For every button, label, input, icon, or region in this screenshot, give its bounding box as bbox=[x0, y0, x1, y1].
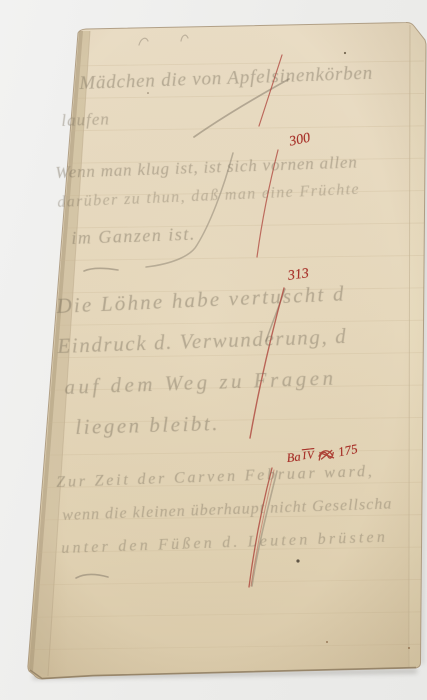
scanned-photo-background: Ba IV 175 Mädchen die von Apfelsinenkörb… bbox=[0, 0, 427, 700]
handwritten-line: Die Löhne habe vertuscht d bbox=[56, 281, 346, 319]
red-page-number: 300 bbox=[288, 131, 312, 151]
handwritten-line: auf dem Weg zu Fragen bbox=[64, 366, 337, 400]
ref-roman-numeral: IV bbox=[302, 449, 316, 462]
handwritten-line: laufen bbox=[61, 109, 110, 131]
handwritten-line: wenn die kleinen überhaupt nicht Gesells… bbox=[62, 495, 393, 525]
handwritten-line: Mädchen die von Apfelsinenkörben bbox=[79, 63, 373, 95]
red-page-number: 313 bbox=[287, 266, 310, 285]
red-scribble-mark bbox=[316, 447, 337, 464]
handwritten-line: im Ganzen ist. bbox=[71, 224, 196, 249]
handwritten-line: Wenn man klug ist, ist sich vornen allen bbox=[55, 152, 358, 183]
handwritten-line: unter den Füßen d. Leuten brüsten bbox=[61, 529, 388, 558]
handwritten-line: liegen bleibt. bbox=[75, 411, 220, 440]
handwritten-line: Zur Zeit der Carven Februar ward, bbox=[56, 463, 375, 492]
handwritten-line: darüber zu thun, daß man eine Früchte bbox=[57, 181, 360, 212]
handwritten-line: Eindruck d. Verwunderung, d bbox=[57, 324, 348, 359]
ref-prefix: Ba bbox=[286, 450, 301, 466]
page-content-layer: Ba IV 175 Mädchen die von Apfelsinenkörb… bbox=[0, 0, 427, 700]
ref-number: 175 bbox=[337, 441, 359, 460]
